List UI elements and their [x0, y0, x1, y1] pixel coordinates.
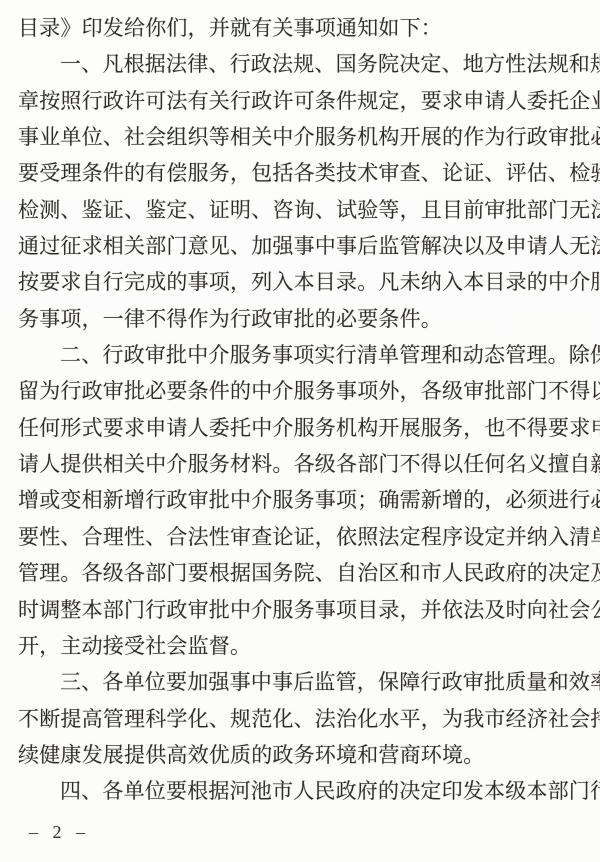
text-line: 管理。各级各部门要根据国务院、自治区和市人民政府的决定及 [18, 555, 578, 591]
text-line: 续健康发展提供高效优质的政务环境和营商环境。 [18, 737, 578, 773]
text-line: 开，主动接受社会监督。 [18, 628, 578, 664]
text-line: 要性、合理性、合法性审查论证，依照法定程序设定并纳入清单 [18, 519, 578, 555]
document-page: 目录》印发给你们，并就有关事项通知如下： 一、凡根据法律、行政法规、国务院决定、… [0, 0, 600, 862]
text-line: 时调整本部门行政审批中介服务事项目录，并依法及时向社会公 [18, 592, 578, 628]
text-line: 一、凡根据法律、行政法规、国务院决定、地方性法规和规 [18, 46, 578, 82]
page-number: – 2 – [29, 818, 90, 846]
text-line: 二、行政审批中介服务事项实行清单管理和动态管理。除保 [18, 337, 578, 373]
text-line: 任何形式要求申请人委托中介服务机构开展服务，也不得要求申 [18, 410, 578, 446]
text-line: 章按照行政许可法有关行政许可条件规定，要求申请人委托企业、 [18, 83, 578, 119]
text-line: 请人提供相关中介服务材料。各级各部门不得以任何名义擅自新 [18, 446, 578, 482]
document-text-block: 目录》印发给你们，并就有关事项通知如下： 一、凡根据法律、行政法规、国务院决定、… [18, 10, 578, 810]
text-line: 四、各单位要根据河池市人民政府的决定印发本级本部门行 [18, 773, 578, 809]
text-line: 增或变相新增行政审批中介服务事项；确需新增的，必须进行必 [18, 482, 578, 518]
text-line: 不断提高管理科学化、规范化、法治化水平，为我市经济社会持 [18, 701, 578, 737]
text-line: 按要求自行完成的事项，列入本目录。凡未纳入本目录的中介服 [18, 264, 578, 300]
text-line: 通过征求相关部门意见、加强事中事后监管解决以及申请人无法 [18, 228, 578, 264]
text-line: 留为行政审批必要条件的中介服务事项外，各级审批部门不得以 [18, 373, 578, 409]
text-line: 检测、鉴证、鉴定、证明、咨询、试验等，且目前审批部门无法 [18, 192, 578, 228]
text-line: 事业单位、社会组织等相关中介服务机构开展的作为行政审批必 [18, 119, 578, 155]
text-line: 要受理条件的有偿服务，包括各类技术审查、论证、评估、检验、 [18, 155, 578, 191]
text-line: 目录》印发给你们，并就有关事项通知如下： [18, 10, 578, 46]
text-line: 务事项，一律不得作为行政审批的必要条件。 [18, 301, 578, 337]
text-line: 三、各单位要加强事中事后监管，保障行政审批质量和效率， [18, 664, 578, 700]
